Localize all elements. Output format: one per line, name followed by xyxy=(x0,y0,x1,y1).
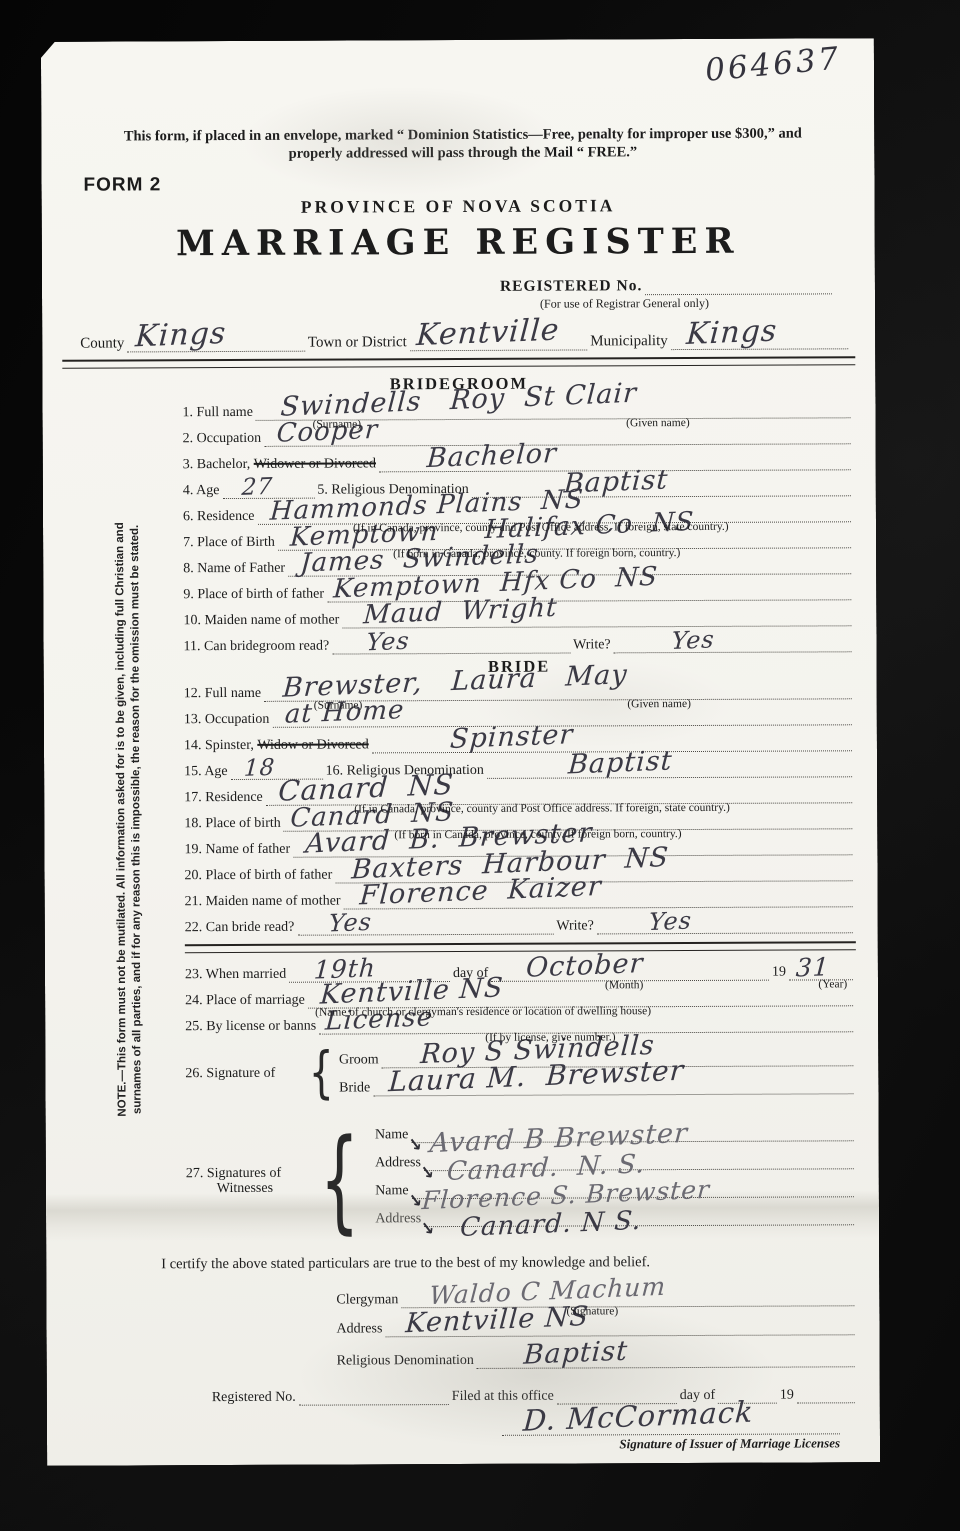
town-label: Town or District xyxy=(308,334,407,351)
office-registered-line xyxy=(299,1384,449,1406)
bridegroom-section: 1. Full name Swindells Roy St Clair (Sur… xyxy=(42,396,877,937)
field-row-status: 3. Bachelor, Widower or Divorced Bachelo… xyxy=(183,448,854,473)
read-value: Yes xyxy=(366,627,411,657)
witness1-address-line: ↘Canard. N. S. xyxy=(424,1148,854,1171)
marriage-divider xyxy=(185,941,856,953)
license-sublabel: (If by license, give number.) xyxy=(485,1031,615,1045)
mother-line: Maud Wright xyxy=(342,605,851,628)
sidebar-note: NOTE.—This form must not be mutilated. A… xyxy=(113,499,148,1139)
registered-no-line xyxy=(645,273,832,295)
office-year-prefix: 19 xyxy=(780,1388,794,1404)
witness2-address-line: ↘Canard. N S. xyxy=(424,1204,854,1227)
bride-read-label: 22. Can bride read? xyxy=(185,920,295,936)
witnesses-label-line1: 27. Signatures of xyxy=(186,1166,304,1182)
clergy-denomination-row: Religious Denomination Baptist xyxy=(337,1342,858,1369)
bride-father-birthplace-label: 20. Place of birth of father xyxy=(185,868,333,885)
birthplace-sublabel: (If born in Canada, province, county. If… xyxy=(393,547,680,561)
municipality-value: Kings xyxy=(685,313,778,352)
field-row-literacy: 11. Can bridegroom read? Yes Write? Yes xyxy=(183,630,854,655)
residence-sublabel: (If in Canada, province, county and Post… xyxy=(353,521,729,536)
signature-sublabel: (Signature) xyxy=(566,1305,618,1318)
office-year-line xyxy=(797,1382,855,1403)
bride-father-label: 19. Name of father xyxy=(184,842,290,858)
mail-notice-line1: This form, if placed in an envelope, mar… xyxy=(111,124,814,145)
mother-value: Maud Wright xyxy=(363,593,559,631)
sidebar-note-line2: surnames of all parties, and if for any … xyxy=(128,499,146,1139)
bride-status-label: 14. Spinster, xyxy=(184,738,254,754)
field-row-bride-literacy: 22. Can bride read? Yes Write? Yes xyxy=(185,911,856,936)
given-name-sublabel: (Given name) xyxy=(626,417,690,430)
year-sublabel: (Year) xyxy=(818,978,847,991)
bride-write-value: Yes xyxy=(648,906,693,936)
issuer-signature-line: D. McCormack xyxy=(502,1411,840,1435)
mail-notice: This form, if placed in an envelope, mar… xyxy=(111,124,814,163)
witness-arrow-icon: ↘ xyxy=(406,1134,423,1156)
age-value: 27 xyxy=(241,474,274,501)
bride-occupation-label: 13. Occupation xyxy=(184,712,270,728)
clergy-signature-sublabel-row: (Signature) xyxy=(336,1304,857,1319)
bride-age-value: 18 xyxy=(244,755,277,782)
page-title: MARRIAGE REGISTER xyxy=(42,220,875,265)
field-row-bride-status: 14. Spinster, Widow or Divorced Spinster xyxy=(184,729,855,754)
field-row-mother: 10. Maiden name of mother Maud Wright xyxy=(183,604,854,629)
bride-residence-sublabel: (If in Canada, province, county and Post… xyxy=(354,802,730,817)
clergy-address-label: Address xyxy=(336,1321,382,1337)
father-label: 8. Name of Father xyxy=(183,561,285,577)
bride-mother-label: 21. Maiden name of mother xyxy=(185,894,341,911)
bride-signature-row: Bride Laura M. Brewster xyxy=(339,1070,856,1096)
certification-statement: I certify the above stated particulars a… xyxy=(161,1253,879,1276)
registered-no-block: REGISTERED No. (For use of Registrar Gen… xyxy=(500,273,835,311)
document-page: 064637 This form, if placed in an envelo… xyxy=(41,38,880,1466)
location-row: County Kings Town or District Kentville … xyxy=(80,323,851,352)
witness1-address-label: Address xyxy=(375,1155,421,1171)
bride-label: Bride xyxy=(339,1080,370,1096)
form-number: FORM 2 xyxy=(83,171,874,196)
write-value: Yes xyxy=(671,625,716,655)
bride-status-struck-options: Widow or Divorced xyxy=(257,737,368,753)
bride-religion-value: Baptist xyxy=(567,745,673,780)
witness2-address-row: Address ↘Canard. N S. xyxy=(375,1201,857,1227)
witness-arrow-icon: ↘ xyxy=(419,1218,436,1240)
issuer-label: Signature of Issuer of Marriage Licenses xyxy=(502,1435,840,1452)
municipality-line: Kings xyxy=(671,328,849,350)
witness1-name-row: Name ↘Avard B Brewster xyxy=(375,1117,857,1143)
county-label: County xyxy=(80,335,124,352)
surname-sublabel: (Surname) xyxy=(313,418,362,431)
bride-write-line: Yes xyxy=(597,912,853,934)
registered-no-label: REGISTERED No. xyxy=(500,277,642,296)
write-label: Write? xyxy=(573,637,611,653)
issuer-block: D. McCormack Signature of Issuer of Marr… xyxy=(502,1411,840,1452)
father-birthplace-label: 9. Place of birth of father xyxy=(183,587,324,604)
bride-given-name-sublabel: (Given name) xyxy=(627,698,691,711)
bride-surname-sublabel: (Surname) xyxy=(314,699,363,712)
brace-couple: { xyxy=(309,1041,334,1106)
bride-write-label: Write? xyxy=(556,918,594,934)
signature-of-label-text: 26. Signature of xyxy=(185,1066,303,1082)
bride-birthplace-sublabel: (If born in Canada, province, county. If… xyxy=(394,828,681,842)
registrar-note: (For use of Registrar General only) xyxy=(540,295,835,311)
bride-signature-line: Laura M. Brewster xyxy=(373,1073,853,1096)
read-line: Yes xyxy=(332,633,570,655)
clergy-denomination-line: Baptist xyxy=(477,1346,855,1369)
county-line: Kings xyxy=(127,331,305,353)
bride-status-value: Spinster xyxy=(449,719,574,755)
witness2-name-line: ↘Florence S. Brewster xyxy=(412,1176,854,1199)
month-sublabel: (Month) xyxy=(605,979,643,992)
bride-mother-line: Florence Kaizer xyxy=(344,886,853,909)
status-label: 3. Bachelor, xyxy=(183,457,251,473)
witness1-address-row: Address ↘Canard. N. S. xyxy=(375,1145,857,1171)
write-line: Yes xyxy=(614,631,852,653)
signature-of-block: 26. Signature of { Groom Roy S Swindells… xyxy=(185,1038,856,1106)
town-line: Kentville xyxy=(410,329,588,351)
mail-notice-line2: properly addressed will pass through the… xyxy=(111,142,814,163)
mother-label: 10. Maiden name of mother xyxy=(183,613,339,630)
county-value: Kings xyxy=(135,316,228,355)
bride-read-line: Yes xyxy=(297,914,553,936)
brace-witnesses: { xyxy=(320,1115,360,1245)
clergy-denomination-label: Religious Denomination xyxy=(337,1353,474,1370)
groom-label: Groom xyxy=(339,1052,379,1068)
occupation-label: 2. Occupation xyxy=(183,431,262,447)
bride-read-value: Yes xyxy=(328,908,373,938)
signature-of-label: 26. Signature of xyxy=(185,1041,303,1107)
witness2-name-row: Name ↘Florence S. Brewster xyxy=(375,1173,857,1199)
witness1-name-line: ↘Avard B Brewster xyxy=(411,1120,853,1143)
place-sublabel: (Name of church or clergyman's residence… xyxy=(315,1005,651,1019)
clergy-section: Clergyman Waldo C Machum (Signature) Add… xyxy=(46,1281,879,1371)
bride-age-label: 15. Age xyxy=(184,764,228,780)
status-value: Bachelor xyxy=(426,438,558,474)
field-row-bride-mother: 21. Maiden name of mother Florence Kaize… xyxy=(185,885,856,910)
municipality-label: Municipality xyxy=(590,333,668,350)
province-title: PROVINCE OF NOVA SCOTIA xyxy=(42,194,875,219)
town-value: Kentville xyxy=(415,312,560,353)
witness1-name-label: Name xyxy=(375,1127,409,1143)
clergy-denomination-value: Baptist xyxy=(522,1336,628,1371)
serial-number: 064637 xyxy=(704,40,843,88)
office-registered-label: Registered No. xyxy=(212,1390,296,1406)
status-struck-options: Widower or Divorced xyxy=(254,456,376,473)
age-label: 4. Age xyxy=(183,483,220,499)
read-label: 11. Can bridegroom read? xyxy=(184,639,330,656)
section-divider xyxy=(62,356,855,368)
bride-religion-line: Baptist xyxy=(487,756,852,779)
